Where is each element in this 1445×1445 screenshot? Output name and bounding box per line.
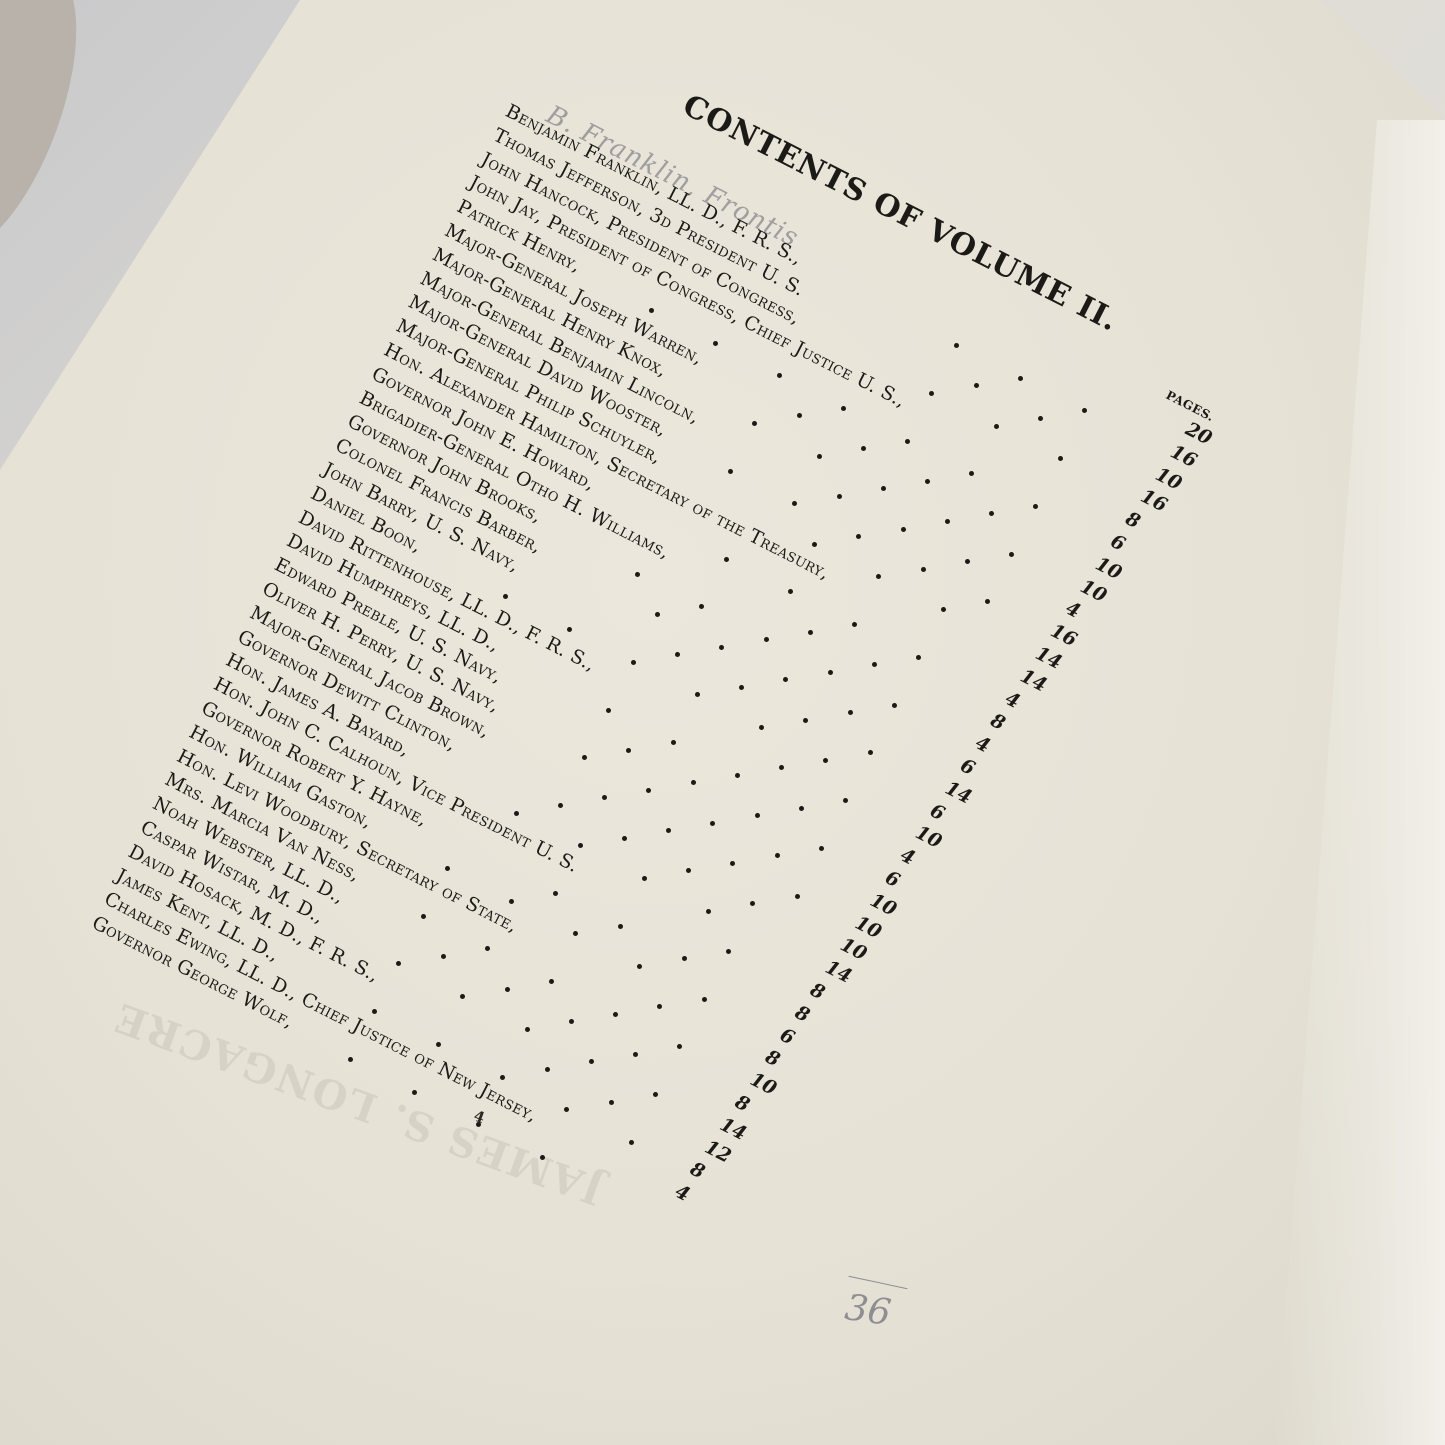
leader-dot [803,718,808,723]
leader-dot [901,527,906,532]
leader-dot [1038,416,1043,421]
leader-dot [921,567,926,572]
leader-dot [657,1004,662,1009]
leader-dot [905,439,910,444]
leader-dot [1018,376,1023,381]
leader-dot [735,773,740,778]
leader-dot [819,846,824,851]
leader-dot [994,424,999,429]
leader-dot [589,1059,594,1064]
leader-dot [965,559,970,564]
leader-dot [750,901,755,906]
pencil-total: 36 [842,1287,893,1334]
leader-dot [686,868,691,873]
leader-dot [856,534,861,539]
leader-dot [702,997,707,1002]
leader-dot [677,1044,682,1049]
leader-dot [929,391,934,396]
leader-dot [969,471,974,476]
leader-dot [799,806,804,811]
leader-dot [755,813,760,818]
leader-dot [868,750,873,755]
leader-dot [828,670,833,675]
leader-dot [609,1100,614,1105]
leader-dot [989,511,994,516]
leader-dot [633,1052,638,1057]
leader-dot [916,655,921,660]
leader-dot [843,798,848,803]
leader-dot [710,821,715,826]
leader-dot [848,710,853,715]
leader-dot [941,607,946,612]
leader-dot [795,894,800,899]
leader-dot [564,1107,569,1112]
leader-dot [974,383,979,388]
book-page: JAMES S. LONGACRE CONTENTS OF VOLUME II.… [0,0,1445,1445]
leader-dot [872,662,877,667]
leader-dot [925,479,930,484]
leader-dot [876,574,881,579]
leader-dot [945,519,950,524]
leader-dot [852,622,857,627]
leader-dot [985,599,990,604]
leader-dot [954,343,959,348]
leader-dot [1033,504,1038,509]
leader-dot [706,909,711,914]
leader-dot [730,861,735,866]
page-curl-shadow [1275,120,1445,1445]
leader-dot [653,1092,658,1097]
leader-dot [682,956,687,961]
leader-dot [629,1140,634,1145]
leader-dot [823,758,828,763]
pencil-sum-line [849,1276,908,1289]
leader-dot [775,853,780,858]
leader-dot [726,949,731,954]
leader-dot [892,703,897,708]
leader-dot [759,725,764,730]
leader-dot [881,486,886,491]
leader-dot [808,630,813,635]
leader-dot [779,765,784,770]
leader-dot [637,964,642,969]
leader-dot [1009,552,1014,557]
leader-dot [1058,456,1063,461]
leader-dot [783,677,788,682]
leader-dot [613,1012,618,1017]
leader-dot [1082,408,1087,413]
